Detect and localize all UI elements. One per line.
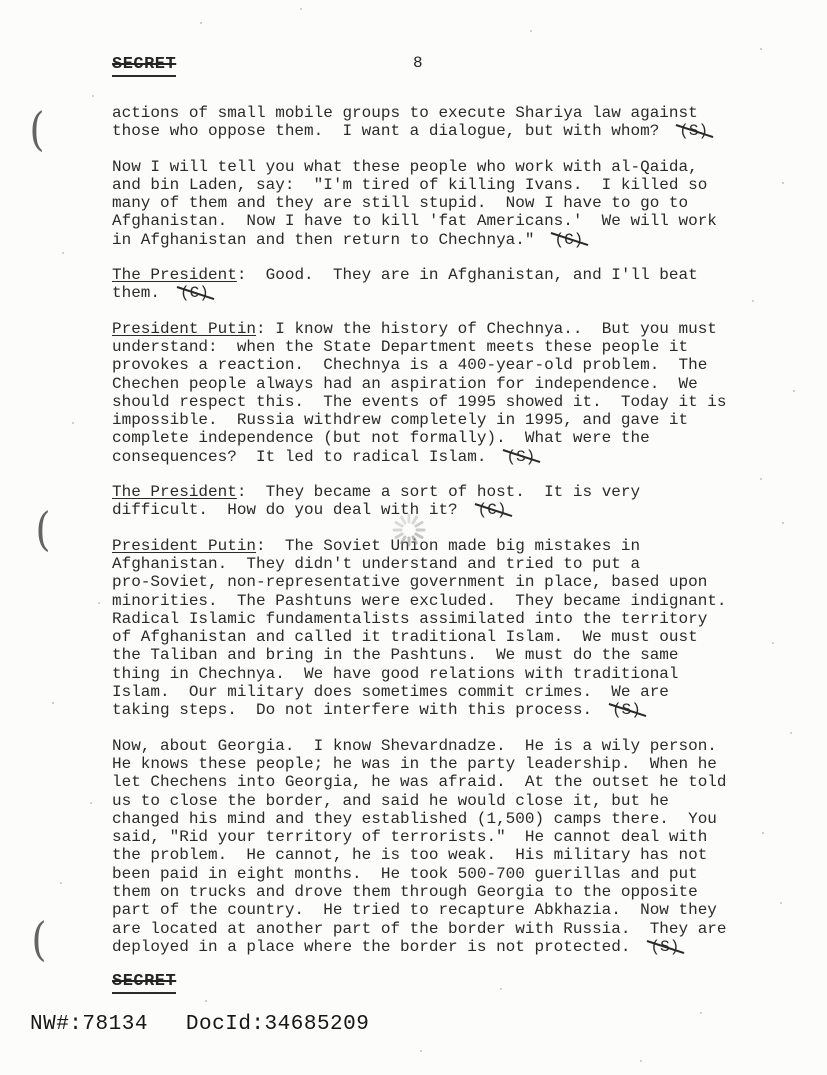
line-text: : They became a sort of host. It is very <box>237 483 640 501</box>
text-line: us to close the border, and said he woul… <box>112 792 772 810</box>
line-text: He knows these people; he was in the par… <box>112 755 717 773</box>
line-text: changed his mind and they established (1… <box>112 810 717 828</box>
line-text: minorities. The Pashtuns were excluded. … <box>112 592 727 610</box>
paragraph: President Putin: The Soviet Union made b… <box>112 537 772 720</box>
line-text: : The Soviet Union made big mistakes in <box>256 537 640 555</box>
line-text: and bin Laden, say: "I'm tired of killin… <box>112 176 707 194</box>
line-text: Afghanistan. Now I have to kill 'fat Ame… <box>112 212 717 230</box>
text-line: President Putin: I know the history of C… <box>112 320 772 338</box>
text-line: Afghanistan. Now I have to kill 'fat Ame… <box>112 212 772 230</box>
line-text: Islam. Our military does sometimes commi… <box>112 683 669 701</box>
text-line: changed his mind and they established (1… <box>112 810 772 828</box>
line-text: complete independence (but not formally)… <box>112 429 650 447</box>
text-line: the Taliban and bring in the Pashtuns. W… <box>112 646 772 664</box>
line-text: let Chechens into Georgia, he was afraid… <box>112 773 727 791</box>
line-text: consequences? It led to radical Islam. <box>112 448 486 466</box>
classification-footer: SECRET <box>112 972 176 994</box>
line-text: them. <box>112 284 160 302</box>
margin-paren-mark: ( <box>35 506 50 552</box>
declassification-mark: (S) <box>650 938 679 956</box>
text-line: understand: when the State Department me… <box>112 338 772 356</box>
text-line: part of the country. He tried to recaptu… <box>112 901 772 919</box>
margin-paren-mark: ( <box>29 106 44 152</box>
line-text: Chechen people always had an aspiration … <box>112 375 698 393</box>
text-line: said, "Rid your territory of terrorists.… <box>112 828 772 846</box>
text-line: provokes a reaction. Chechnya is a 400-y… <box>112 356 772 374</box>
declassification-mark: (S) <box>679 122 708 140</box>
speaker-name: President Putin <box>112 320 256 338</box>
paragraph: President Putin: I know the history of C… <box>112 320 772 466</box>
text-line: in Afghanistan and then return to Chechn… <box>112 231 772 249</box>
document-page: SECRET 8 ( ( ( actions of small mobile g… <box>0 0 827 1075</box>
text-line: should respect this. The events of 1995 … <box>112 393 772 411</box>
classification-header: SECRET <box>112 55 176 77</box>
line-text: provokes a reaction. Chechnya is a 400-y… <box>112 356 707 374</box>
line-text: thing in Chechnya. We have good relation… <box>112 665 679 683</box>
speaker-name: The President <box>112 266 237 284</box>
text-line: those who oppose them. I want a dialogue… <box>112 122 772 140</box>
line-text: part of the country. He tried to recaptu… <box>112 901 717 919</box>
line-text: the problem. He cannot, he is too weak. … <box>112 846 707 864</box>
text-line: let Chechens into Georgia, he was afraid… <box>112 773 772 791</box>
line-text: deployed in a place where the border is … <box>112 938 630 956</box>
paragraph: The President: They became a sort of hos… <box>112 483 772 520</box>
text-line: Afghanistan. They didn't understand and … <box>112 555 772 573</box>
text-line: pro-Soviet, non-representative governmen… <box>112 573 772 591</box>
text-line: Radical Islamic fundamentalists assimila… <box>112 610 772 628</box>
text-line: minorities. The Pashtuns were excluded. … <box>112 592 772 610</box>
line-text: them on trucks and drove them through Ge… <box>112 883 698 901</box>
line-text: us to close the border, and said he woul… <box>112 792 669 810</box>
line-text: in Afghanistan and then return to Chechn… <box>112 231 534 249</box>
paragraph: Now I will tell you what these people wh… <box>112 158 772 249</box>
line-text: taking steps. Do not interfere with this… <box>112 701 592 719</box>
line-text: Now I will tell you what these people wh… <box>112 158 698 176</box>
text-line: President Putin: The Soviet Union made b… <box>112 537 772 555</box>
text-line: impossible. Russia withdrew completely i… <box>112 411 772 429</box>
text-line: the problem. He cannot, he is too weak. … <box>112 846 772 864</box>
text-line: and bin Laden, say: "I'm tired of killin… <box>112 176 772 194</box>
text-line: Now, about Georgia. I know Shevardnadze.… <box>112 737 772 755</box>
text-line: Islam. Our military does sometimes commi… <box>112 683 772 701</box>
text-line: complete independence (but not formally)… <box>112 429 772 447</box>
line-text: impossible. Russia withdrew completely i… <box>112 411 688 429</box>
text-line: of Afghanistan and called it traditional… <box>112 628 772 646</box>
line-text: Now, about Georgia. I know Shevardnadze.… <box>112 737 717 755</box>
text-line: are located at another part of the borde… <box>112 920 772 938</box>
line-text: Radical Islamic fundamentalists assimila… <box>112 610 707 628</box>
text-line: thing in Chechnya. We have good relation… <box>112 665 772 683</box>
paragraph: actions of small mobile groups to execut… <box>112 104 772 141</box>
footer-ids: NW#:78134DocId:34685209 <box>30 1013 369 1036</box>
nw-number: NW#:78134 <box>30 1013 148 1036</box>
text-line: The President: They became a sort of hos… <box>112 483 772 501</box>
scan-speckles <box>0 0 2 2</box>
declassification-mark: (C) <box>180 284 209 302</box>
declassification-mark: (S) <box>506 448 535 466</box>
text-line: many of them and they are still stupid. … <box>112 194 772 212</box>
text-line: them on trucks and drove them through Ge… <box>112 883 772 901</box>
line-text: : I know the history of Chechnya.. But y… <box>256 320 717 338</box>
margin-paren-mark: ( <box>31 916 46 962</box>
text-line: deployed in a place where the border is … <box>112 938 772 956</box>
line-text: said, "Rid your territory of terrorists.… <box>112 828 707 846</box>
paragraph: The President: Good. They are in Afghani… <box>112 266 772 303</box>
text-line: Chechen people always had an aspiration … <box>112 375 772 393</box>
line-text: been paid in eight months. He took 500-7… <box>112 865 698 883</box>
line-text: the Taliban and bring in the Pashtuns. W… <box>112 646 679 664</box>
line-text: should respect this. The events of 1995 … <box>112 393 727 411</box>
line-text: those who oppose them. I want a dialogue… <box>112 122 659 140</box>
doc-id: DocId:34685209 <box>186 1013 369 1036</box>
line-text: of Afghanistan and called it traditional… <box>112 628 698 646</box>
page-number: 8 <box>413 54 423 72</box>
declassification-mark: (C) <box>478 501 507 519</box>
spinner-artifact <box>390 511 428 554</box>
text-line: actions of small mobile groups to execut… <box>112 104 772 122</box>
text-line: difficult. How do you deal with it?(C) <box>112 501 772 519</box>
line-text: many of them and they are still stupid. … <box>112 194 688 212</box>
declassification-mark: (S) <box>612 701 641 719</box>
document-body: actions of small mobile groups to execut… <box>112 104 772 956</box>
line-text: pro-Soviet, non-representative governmen… <box>112 573 707 591</box>
text-line: consequences? It led to radical Islam.(S… <box>112 448 772 466</box>
text-line: The President: Good. They are in Afghani… <box>112 266 772 284</box>
line-text: are located at another part of the borde… <box>112 920 727 938</box>
line-text: Afghanistan. They didn't understand and … <box>112 555 640 573</box>
line-text: understand: when the State Department me… <box>112 338 688 356</box>
line-text: actions of small mobile groups to execut… <box>112 104 698 122</box>
line-text: : Good. They are in Afghanistan, and I'l… <box>237 266 698 284</box>
declassification-mark: (C) <box>554 231 583 249</box>
speaker-name: President Putin <box>112 537 256 555</box>
text-line: Now I will tell you what these people wh… <box>112 158 772 176</box>
text-line: taking steps. Do not interfere with this… <box>112 701 772 719</box>
text-line: them.(C) <box>112 284 772 302</box>
text-line: He knows these people; he was in the par… <box>112 755 772 773</box>
speaker-name: The President <box>112 483 237 501</box>
paragraph: Now, about Georgia. I know Shevardnadze.… <box>112 737 772 957</box>
text-line: been paid in eight months. He took 500-7… <box>112 865 772 883</box>
